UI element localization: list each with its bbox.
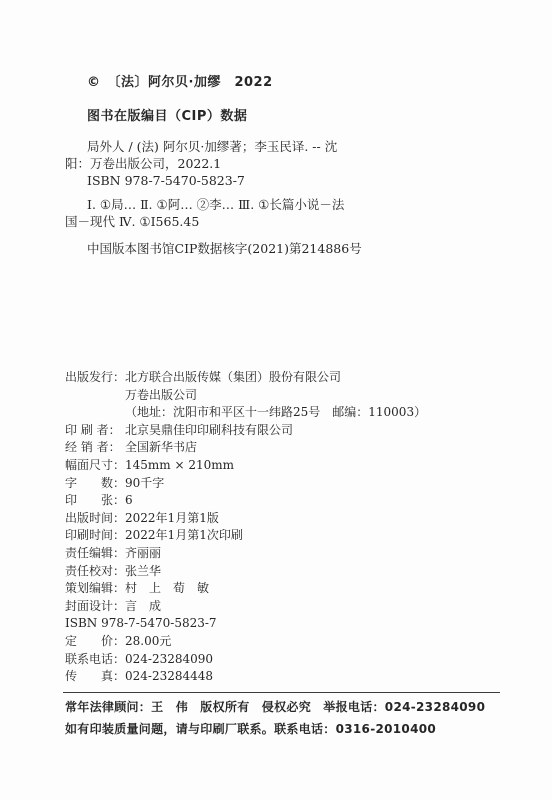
colophon-value: 2022年1月第1版 bbox=[125, 511, 219, 525]
colophon-row-pubdate: 出版时间：2022年1月第1版 bbox=[65, 510, 505, 528]
colophon-label: 经 销 者： bbox=[65, 439, 125, 457]
cip-class-line2: 国－现代 Ⅳ. ①I565.45 bbox=[65, 213, 495, 230]
cip-record-number: 中国版本图书馆CIP数据核字(2021)第214886号 bbox=[65, 240, 495, 257]
colophon-value: 齐丽丽 bbox=[125, 546, 161, 560]
colophon-row-printdate: 印刷时间：2022年1月第1次印刷 bbox=[65, 527, 505, 545]
colophon-label: 封面设计： bbox=[65, 598, 125, 616]
cip-entry-line2: 阳：万卷出版公司，2022.1 bbox=[65, 155, 495, 172]
cip-section: © 〔法〕阿尔贝·加缪 2022 图书在版编目（CIP）数据 局外人 / (法)… bbox=[65, 74, 495, 257]
colophon-label: 定 价： bbox=[65, 633, 125, 651]
colophon-row-fax: 传 真：024-23284448 bbox=[65, 668, 505, 686]
colophon-value: 90千字 bbox=[125, 476, 164, 490]
colophon-row-proofreader: 责任校对：张兰华 bbox=[65, 563, 505, 581]
colophon-row-publisher2: 万卷出版公司 bbox=[65, 387, 505, 405]
colophon-label: 出版发行： bbox=[65, 369, 125, 387]
footer: 常年法律顾问：王 伟 版权所有 侵权必究 举报电话：024-23284090 如… bbox=[65, 696, 515, 740]
colophon-label: 联系电话： bbox=[65, 651, 125, 669]
colophon-value: 北京昊鼎佳印印刷科技有限公司 bbox=[125, 423, 293, 437]
colophon-value: 024-23284090 bbox=[125, 652, 213, 666]
colophon-value: （地址：沈阳市和平区十一纬路25号 邮编：110003） bbox=[125, 405, 426, 419]
colophon-value: 北方联合出版传媒（集团）股份有限公司 bbox=[125, 370, 341, 384]
colophon: 出版发行：北方联合出版传媒（集团）股份有限公司 万卷出版公司 （地址：沈阳市和平… bbox=[65, 369, 505, 686]
colophon-value: 28.00元 bbox=[125, 634, 171, 648]
colophon-label: 印 刷 者： bbox=[65, 422, 125, 440]
cip-class-line1: Ⅰ. ①局… Ⅱ. ①阿… ②李… Ⅲ. ①长篇小说－法 bbox=[65, 196, 495, 213]
colophon-value: 张兰华 bbox=[125, 564, 161, 578]
colophon-value: 万卷出版公司 bbox=[125, 388, 197, 402]
colophon-value: 145mm × 210mm bbox=[125, 458, 234, 472]
colophon-row-wordcount: 字 数：90千字 bbox=[65, 475, 505, 493]
colophon-row-phone: 联系电话：024-23284090 bbox=[65, 651, 505, 669]
colophon-label: 印 张： bbox=[65, 492, 125, 510]
colophon-value: 村 上 荀 敏 bbox=[125, 581, 209, 595]
colophon-row-distributor: 经 销 者：全国新华书店 bbox=[65, 439, 505, 457]
cip-heading: 图书在版编目（CIP）数据 bbox=[65, 108, 495, 125]
colophon-label: 出版时间： bbox=[65, 510, 125, 528]
legal-notice: 常年法律顾问：王 伟 版权所有 侵权必究 举报电话：024-23284090 bbox=[65, 696, 515, 718]
divider-line bbox=[63, 692, 500, 693]
colophon-row-printer: 印 刷 者：北京昊鼎佳印印刷科技有限公司 bbox=[65, 422, 505, 440]
colophon-label: 责任编辑： bbox=[65, 545, 125, 563]
colophon-row-sheets: 印 张：6 bbox=[65, 492, 505, 510]
copyright-notice: © 〔法〕阿尔贝·加缪 2022 bbox=[65, 74, 495, 91]
colophon-row-dimensions: 幅面尺寸：145mm × 210mm bbox=[65, 457, 505, 475]
colophon-label: 幅面尺寸： bbox=[65, 457, 125, 475]
colophon-value: 全国新华书店 bbox=[125, 440, 197, 454]
cip-entry-line3: ISBN 978-7-5470-5823-7 bbox=[65, 172, 495, 189]
cip-classification: Ⅰ. ①局… Ⅱ. ①阿… ②李… Ⅲ. ①长篇小说－法 国－现代 Ⅳ. ①I5… bbox=[65, 196, 495, 230]
colophon-row-planner: 策划编辑：村 上 荀 敏 bbox=[65, 580, 505, 598]
colophon-label: 传 真： bbox=[65, 668, 125, 686]
colophon-label: 策划编辑： bbox=[65, 580, 125, 598]
colophon-row-price: 定 价：28.00元 bbox=[65, 633, 505, 651]
colophon-value: 言 成 bbox=[125, 599, 161, 613]
colophon-label: 印刷时间： bbox=[65, 527, 125, 545]
colophon-value: 6 bbox=[125, 493, 133, 507]
colophon-label: ISBN 978-7-5470-5823-7 bbox=[65, 615, 217, 633]
colophon-row-coverdesign: 封面设计：言 成 bbox=[65, 598, 505, 616]
colophon-row-isbn: ISBN 978-7-5470-5823-7 bbox=[65, 615, 505, 633]
colophon-label: 字 数： bbox=[65, 475, 125, 493]
colophon-row-address: （地址：沈阳市和平区十一纬路25号 邮编：110003） bbox=[65, 404, 505, 422]
colophon-row-publisher: 出版发行：北方联合出版传媒（集团）股份有限公司 bbox=[65, 369, 505, 387]
copyright-page: © 〔法〕阿尔贝·加缪 2022 图书在版编目（CIP）数据 局外人 / (法)… bbox=[0, 0, 552, 800]
colophon-row-editor: 责任编辑：齐丽丽 bbox=[65, 545, 505, 563]
colophon-value: 024-23284448 bbox=[125, 669, 213, 683]
colophon-value: 2022年1月第1次印刷 bbox=[125, 528, 243, 542]
quality-notice: 如有印装质量问题，请与印刷厂联系。联系电话：0316-2010400 bbox=[65, 718, 515, 740]
colophon-label: 责任校对： bbox=[65, 563, 125, 581]
cip-entry: 局外人 / (法) 阿尔贝·加缪著；李玉民译. -- 沈 阳：万卷出版公司，20… bbox=[65, 138, 495, 189]
cip-entry-line1: 局外人 / (法) 阿尔贝·加缪著；李玉民译. -- 沈 bbox=[65, 138, 495, 155]
